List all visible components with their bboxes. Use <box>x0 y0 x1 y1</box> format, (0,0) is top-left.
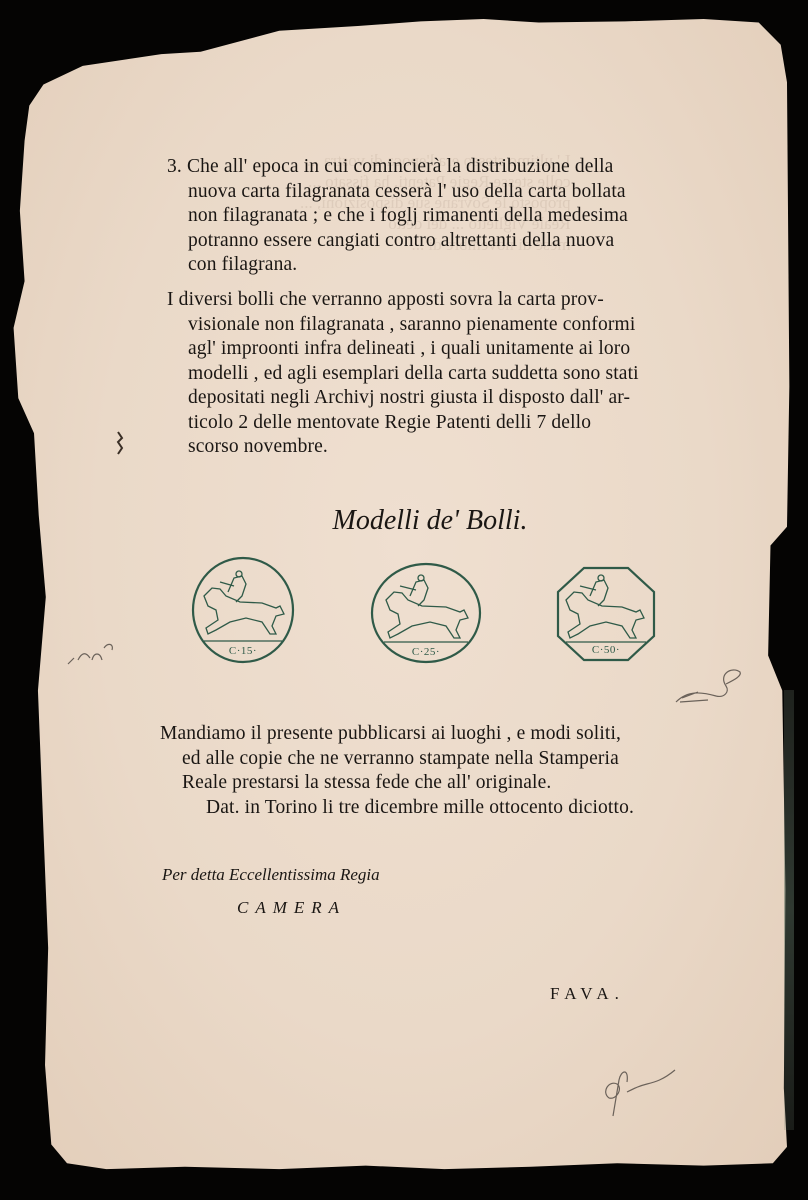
signature-for-line: Per detta Eccellentissima Regia <box>162 865 380 885</box>
paragraph-bolli: I diversi bolli che verranno apposti sov… <box>167 288 677 460</box>
ink-blot-icon <box>112 428 132 458</box>
text-line: non filagranata ; e che i foglj rimanent… <box>167 204 677 229</box>
text-line: Mandiamo il presente pubblicarsi ai luog… <box>160 722 720 747</box>
stamp-c15: C·15· <box>190 556 296 664</box>
text-line: I diversi bolli che verranno apposti sov… <box>167 288 677 313</box>
text-line: agl' improonti infra delineati , i quali… <box>167 337 677 362</box>
stamp-label: C·25· <box>370 646 482 658</box>
text-line: 3. Che all' epoca in cui comincierà la d… <box>167 155 677 180</box>
pencil-scribble-left-icon <box>60 630 150 670</box>
models-heading: Modelli de' Bolli. <box>150 505 710 537</box>
edge-stain <box>784 690 794 1130</box>
paragraph-3: 3. Che all' epoca in cui comincierà la d… <box>167 155 677 278</box>
text-line: visionale non filagranata , saranno pien… <box>167 313 677 338</box>
stamp-c25: C·25· <box>370 562 482 664</box>
text-line: con filagrana. <box>167 253 677 278</box>
paragraph-mandiamo: Mandiamo il presente pubblicarsi ai luog… <box>160 722 720 820</box>
text-line: ticolo 2 delle mentovate Regie Patenti d… <box>167 411 677 436</box>
text-line: Reale prestarsi la stessa fede che all' … <box>160 771 720 796</box>
text-line: depositati negli Archivj nostri giusta i… <box>167 386 677 411</box>
stamp-c50: C·50· <box>556 566 656 662</box>
text-line: modelli , ed agli esemplari della carta … <box>167 362 677 387</box>
signature-fava: FAVA. <box>550 984 625 1004</box>
text-line: potranno essere cangiati contro altretta… <box>167 229 677 254</box>
text-line: scorso novembre. <box>167 435 677 460</box>
signature-camera: CAMERA <box>237 898 346 918</box>
date-line: Dat. in Torino li tre dicembre mille ott… <box>160 796 720 821</box>
text-line: ed alle copie che ne verranno stampate n… <box>160 747 720 772</box>
pencil-flourish-right-icon <box>668 662 748 708</box>
pencil-signature-icon <box>595 1060 695 1120</box>
text-line: nuova carta filagranata cesserà l' uso d… <box>167 180 677 205</box>
stamp-label: C·15· <box>190 645 296 657</box>
stamp-label: C·50· <box>556 644 656 656</box>
